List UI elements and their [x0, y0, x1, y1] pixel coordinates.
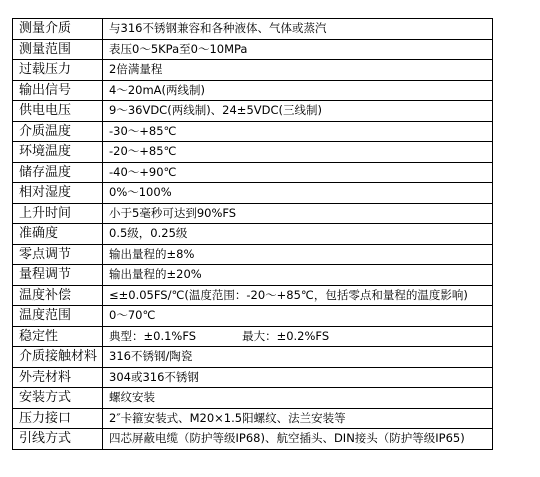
table-row-span-adjust: 量程调节 输出量程的±20%	[13, 265, 493, 286]
table-row-medium: 测量介质 与316不锈钢兼容和各种液体、气体或蒸汽	[13, 19, 493, 40]
row-value: 典型：±0.1%FS最大：±0.2%FS	[103, 326, 493, 347]
row-label: 相对湿度	[13, 183, 103, 204]
row-value: 316不锈钢/陶瓷	[103, 347, 493, 368]
row-value: 304或316不锈钢	[103, 367, 493, 388]
row-value: 螺纹安装	[103, 388, 493, 409]
specification-table: 测量介质 与316不锈钢兼容和各种液体、气体或蒸汽 测量范围 表压0～5KPa至…	[12, 18, 493, 450]
row-label: 介质温度	[13, 121, 103, 142]
table-row-housing-material: 外壳材料 304或316不锈钢	[13, 367, 493, 388]
row-value: ≤±0.05FS/℃(温度范围：-20～+85℃，包括零点和量程的温度影响)	[103, 285, 493, 306]
row-label: 稳定性	[13, 326, 103, 347]
row-label: 零点调节	[13, 244, 103, 265]
row-value: -40～+90℃	[103, 162, 493, 183]
stability-typical: 典型：±0.1%FS	[109, 329, 196, 343]
row-label: 供电电压	[13, 101, 103, 122]
row-value: 四芯屏蔽电缆（防护等级IP68)、航空插头、DIN接头（防护等级IP65)	[103, 429, 493, 450]
table-row-temp-range: 温度范围 0～70℃	[13, 306, 493, 327]
row-value: -20～+85℃	[103, 142, 493, 163]
row-value: 0%～100%	[103, 183, 493, 204]
table-row-supply-voltage: 供电电压 9～36VDC(两线制)、24±5VDC(三线制)	[13, 101, 493, 122]
table-row-overload: 过载压力 2倍满量程	[13, 60, 493, 81]
table-row-mounting: 安装方式 螺纹安装	[13, 388, 493, 409]
row-label: 温度补偿	[13, 285, 103, 306]
stability-max: 最大：±0.2%FS	[242, 329, 329, 343]
row-label: 上升时间	[13, 203, 103, 224]
table-row-humidity: 相对湿度 0%～100%	[13, 183, 493, 204]
table-row-stability: 稳定性 典型：±0.1%FS最大：±0.2%FS	[13, 326, 493, 347]
row-value: 表压0～5KPa至0～10MPa	[103, 39, 493, 60]
row-value: 9～36VDC(两线制)、24±5VDC(三线制)	[103, 101, 493, 122]
row-value: 0.5级，0.25级	[103, 224, 493, 245]
table-row-wetted-material: 介质接触材料 316不锈钢/陶瓷	[13, 347, 493, 368]
row-value: 4～20mA(两线制)	[103, 80, 493, 101]
row-value: -30～+85℃	[103, 121, 493, 142]
table-row-wiring: 引线方式 四芯屏蔽电缆（防护等级IP68)、航空插头、DIN接头（防护等级IP6…	[13, 429, 493, 450]
table-row-pressure-port: 压力接口 2″卡箍安装式、M20×1.5阳螺纹、法兰安装等	[13, 408, 493, 429]
row-label: 测量范围	[13, 39, 103, 60]
row-label: 储存温度	[13, 162, 103, 183]
row-value: 2倍满量程	[103, 60, 493, 81]
table-row-storage-temp: 储存温度 -40～+90℃	[13, 162, 493, 183]
table-row-ambient-temp: 环境温度 -20～+85℃	[13, 142, 493, 163]
table-row-range: 测量范围 表压0～5KPa至0～10MPa	[13, 39, 493, 60]
row-label: 输出信号	[13, 80, 103, 101]
row-label: 压力接口	[13, 408, 103, 429]
table-row-rise-time: 上升时间 小于5毫秒可达到90%FS	[13, 203, 493, 224]
row-label: 安装方式	[13, 388, 103, 409]
row-label: 外壳材料	[13, 367, 103, 388]
row-label: 准确度	[13, 224, 103, 245]
row-value: 输出量程的±20%	[103, 265, 493, 286]
row-label: 环境温度	[13, 142, 103, 163]
row-value: 与316不锈钢兼容和各种液体、气体或蒸汽	[103, 19, 493, 40]
table-row-accuracy: 准确度 0.5级，0.25级	[13, 224, 493, 245]
row-value: 0～70℃	[103, 306, 493, 327]
table-row-zero-adjust: 零点调节 输出量程的±8%	[13, 244, 493, 265]
row-label: 过载压力	[13, 60, 103, 81]
row-value: 输出量程的±8%	[103, 244, 493, 265]
row-label: 测量介质	[13, 19, 103, 40]
row-value: 小于5毫秒可达到90%FS	[103, 203, 493, 224]
row-label: 介质接触材料	[13, 347, 103, 368]
row-label: 引线方式	[13, 429, 103, 450]
table-row-output-signal: 输出信号 4～20mA(两线制)	[13, 80, 493, 101]
row-label: 温度范围	[13, 306, 103, 327]
row-value: 2″卡箍安装式、M20×1.5阳螺纹、法兰安装等	[103, 408, 493, 429]
table-row-medium-temp: 介质温度 -30～+85℃	[13, 121, 493, 142]
row-label: 量程调节	[13, 265, 103, 286]
table-row-temp-compensation: 温度补偿 ≤±0.05FS/℃(温度范围：-20～+85℃，包括零点和量程的温度…	[13, 285, 493, 306]
